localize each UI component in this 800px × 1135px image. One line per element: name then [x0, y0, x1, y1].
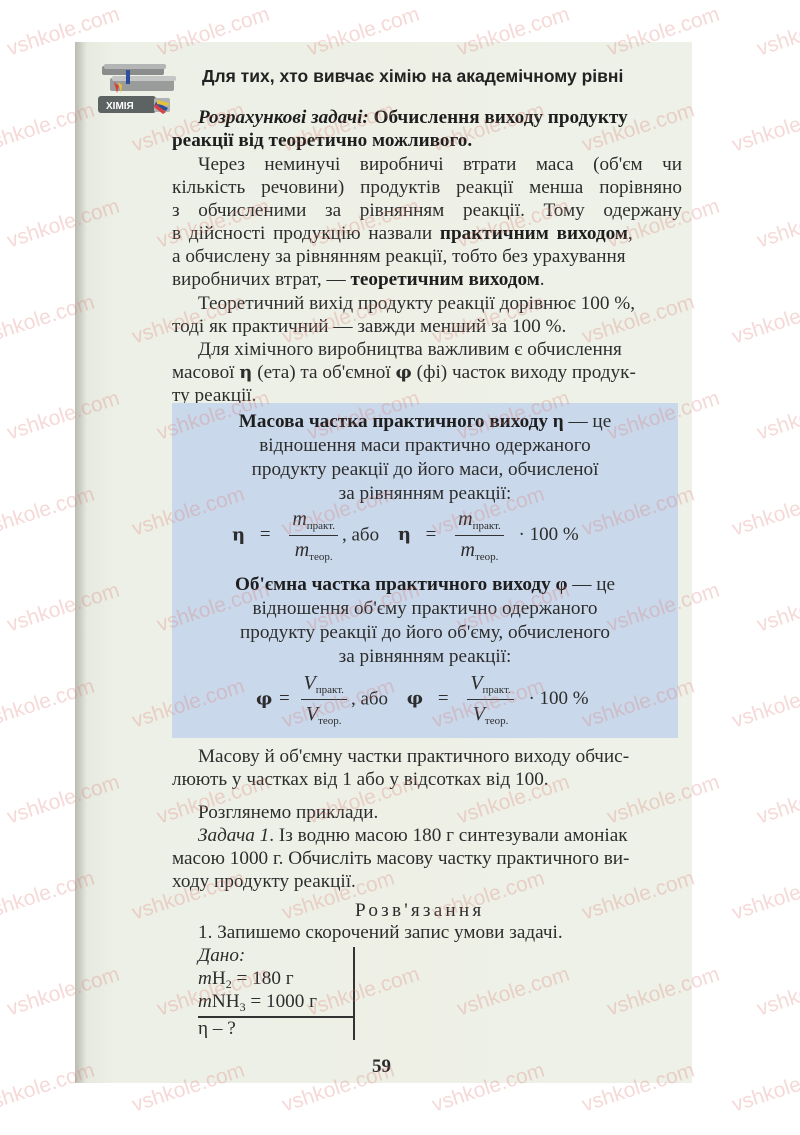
para1-line4: в дійсності продукцію назвали практичним…	[172, 222, 682, 245]
formula: H	[212, 968, 226, 989]
volume-fraction-title: Об'ємна частка практичного виходу φ — це	[172, 573, 678, 597]
volume-def-line1: відношення об'єму практично одержаного	[172, 597, 678, 621]
volume-def-line3: за рівнянням реакції:	[172, 645, 678, 669]
var: m	[198, 968, 212, 989]
word: маса	[536, 153, 574, 176]
text: — це	[567, 574, 615, 595]
text: . Із водню масою 180 г синтезували амоні…	[269, 825, 627, 846]
find-unknown: η – ?	[198, 1017, 236, 1040]
word: неминучі	[264, 153, 340, 176]
text: (ета) та об'ємної	[252, 362, 395, 383]
equals-sign: =	[438, 688, 449, 709]
fraction: mпракт. mтеор.	[455, 508, 504, 564]
word: одержану	[603, 199, 682, 222]
watermark-text: vshkole.com	[754, 387, 800, 446]
para1-line6: виробничих втрат, — теоретичним виходом.	[172, 268, 545, 291]
text: .	[540, 269, 545, 290]
word: менша	[529, 176, 583, 199]
para1-line2: кількістьречовини)продуктівреакціїменшап…	[172, 176, 682, 199]
denominator-sub: теор.	[475, 551, 498, 563]
para3-line1: Для хімічного виробництва важливим є обч…	[198, 338, 622, 361]
subscript: 3	[240, 1000, 246, 1014]
eta-symbol: η	[232, 524, 245, 545]
word: речовини)	[261, 176, 344, 199]
para2-line2: тоді як практичний — завжди менший за 10…	[172, 315, 566, 338]
term-practical-yield: практичним виходом	[440, 223, 628, 244]
percent-text: · 100 %	[528, 688, 588, 709]
denominator-sub: теор.	[318, 715, 341, 727]
text: — це	[564, 411, 612, 432]
watermark-text: vshkole.com	[754, 3, 800, 62]
para4-line2: люють у частках від 1 або у відсотках ві…	[172, 768, 549, 791]
numerator-sub: практ.	[316, 684, 344, 696]
denominator-var: V	[306, 703, 318, 725]
task-label: Задача 1	[198, 825, 269, 846]
text: масової	[172, 362, 239, 383]
para1-line5: а обчислену за рівнянням реакції, тобто …	[172, 245, 626, 268]
numerator-sub: практ.	[307, 520, 335, 532]
watermark-text: vshkole.com	[754, 771, 800, 830]
page-gutter-shadow	[75, 42, 87, 1083]
eta-symbol: η	[239, 362, 252, 383]
numerator-var: V	[304, 672, 316, 694]
word: порівняно	[599, 176, 682, 199]
fraction: Vпракт. Vтеор.	[301, 672, 347, 728]
eta-symbol: η	[398, 524, 411, 545]
percent-text: · 100 %	[519, 524, 579, 545]
word: реакції.	[463, 199, 525, 222]
para1-line1: Черезнеминучівиробничівтратимаса(об'ємчи	[198, 153, 682, 176]
text: ,	[628, 223, 633, 244]
numerator-sub: практ.	[473, 520, 501, 532]
volume-def-line2: продукту реакції до його об'єму, обчисле…	[172, 621, 678, 645]
solution-heading: Розв'язання	[355, 899, 484, 922]
var: m	[198, 991, 212, 1012]
fraction: Vпракт. Vтеор.	[467, 672, 513, 728]
text: Масова частка практичного виходу η	[239, 411, 564, 432]
para1-line3: зобчисленимизарівняннямреакції.Томуодерж…	[172, 199, 682, 222]
term-theoretical-yield: теоретичним виходом	[350, 269, 539, 290]
value: = 1000 г	[246, 991, 317, 1012]
para3-line2: масової η (ета) та об'ємної φ (фі) часто…	[172, 361, 636, 384]
word: кількість	[172, 176, 245, 199]
denominator-var: V	[473, 703, 485, 725]
watermark-text: vshkole.com	[729, 483, 800, 542]
topic-lead: Розрахункові задачі:	[198, 107, 369, 128]
chemistry-books-icon: ХІМІЯ	[96, 58, 182, 120]
word: Через	[198, 153, 245, 176]
section-header: Для тих, хто вивчає хімію на академічном…	[202, 66, 623, 87]
word: рівнянням	[360, 199, 445, 222]
numerator-var: V	[470, 672, 482, 694]
or-text: , або	[342, 524, 379, 545]
watermark-text: vshkole.com	[729, 99, 800, 158]
equals-sign: =	[260, 524, 271, 545]
mass-fraction-title: Масова частка практичного виходу η — це	[172, 410, 678, 434]
mass-def-line1: відношення маси практично одержаного	[172, 434, 678, 458]
word: втрати	[463, 153, 516, 176]
word: обчисленими	[198, 199, 306, 222]
subscript: 2	[226, 977, 232, 991]
given-item-h2: mH2 = 180 г	[198, 967, 294, 992]
given-item-nh3: mNH3 = 1000 г	[198, 990, 317, 1015]
page-number: 59	[372, 1056, 391, 1078]
denominator-sub: теор.	[485, 715, 508, 727]
phi-symbol: φ	[396, 362, 412, 383]
para2-line1: Теоретичний вихід продукту реакції дорів…	[198, 292, 635, 315]
watermark-text: vshkole.com	[729, 867, 800, 926]
word: (об'єм	[593, 153, 643, 176]
task1-line2: масою 1000 г. Обчисліть масову частку пр…	[172, 847, 629, 870]
phi-symbol: φ	[256, 688, 272, 709]
para4-line1: Масову й об'ємну частки практичного вихо…	[198, 745, 629, 768]
numerator-var: m	[292, 508, 306, 530]
word: чи	[662, 153, 682, 176]
denominator-var: m	[461, 539, 475, 561]
topic-title-line1: Розрахункові задачі: Обчислення виходу п…	[198, 106, 628, 129]
topic-title-line2: реакції від теоретично можливого.	[172, 129, 472, 152]
topic-title-text: Обчислення виходу продукту	[369, 107, 628, 128]
task1-line3: ходу продукту реакції.	[172, 870, 356, 893]
watermark-text: vshkole.com	[754, 579, 800, 638]
word: продуктів	[360, 176, 440, 199]
examples-intro: Розглянемо приклади.	[198, 801, 378, 824]
watermark-text: vshkole.com	[729, 1059, 800, 1118]
text: в дійсності продукцію назвали	[172, 223, 440, 244]
word: виробничі	[360, 153, 444, 176]
task1-line1: Задача 1. Із водню масою 180 г синтезува…	[198, 824, 628, 847]
given-divider-vertical	[353, 947, 355, 1040]
numerator-var: m	[458, 508, 472, 530]
word: за	[325, 199, 341, 222]
volume-yield-formula: φ = Vпракт. Vтеор. , або φ = Vпракт. Vте…	[256, 672, 589, 728]
fraction: mпракт. mтеор.	[289, 508, 338, 564]
value: = 180 г	[232, 968, 294, 989]
solution-step1: 1. Запишемо скорочений запис умови задач…	[198, 921, 563, 944]
given-label: Дано:	[198, 944, 245, 967]
equals-sign: =	[279, 688, 290, 709]
text: (фі) часток виходу продук-	[412, 362, 636, 383]
watermark-text: vshkole.com	[754, 963, 800, 1022]
watermark-text: vshkole.com	[729, 675, 800, 734]
denominator-sub: теор.	[309, 551, 332, 563]
formula: NH	[212, 991, 240, 1012]
svg-text:ХІМІЯ: ХІМІЯ	[106, 101, 134, 112]
word: реакції	[456, 176, 513, 199]
text: Об'ємна частка практичного виходу φ	[235, 574, 568, 595]
phi-symbol: φ	[407, 688, 423, 709]
mass-def-line3: за рівнянням реакції:	[172, 482, 678, 506]
word: з	[172, 199, 180, 222]
watermark-text: vshkole.com	[729, 291, 800, 350]
numerator-sub: практ.	[483, 684, 511, 696]
equals-sign: =	[426, 524, 437, 545]
or-text: , або	[351, 688, 388, 709]
denominator-var: m	[295, 539, 309, 561]
word: Тому	[544, 199, 585, 222]
text: виробничих втрат, —	[172, 269, 350, 290]
mass-yield-formula: η = mпракт. mтеор. , або η = mпракт. mте…	[232, 508, 579, 564]
watermark-text: vshkole.com	[754, 195, 800, 254]
mass-def-line2: продукту реакції до його маси, обчислено…	[172, 458, 678, 482]
